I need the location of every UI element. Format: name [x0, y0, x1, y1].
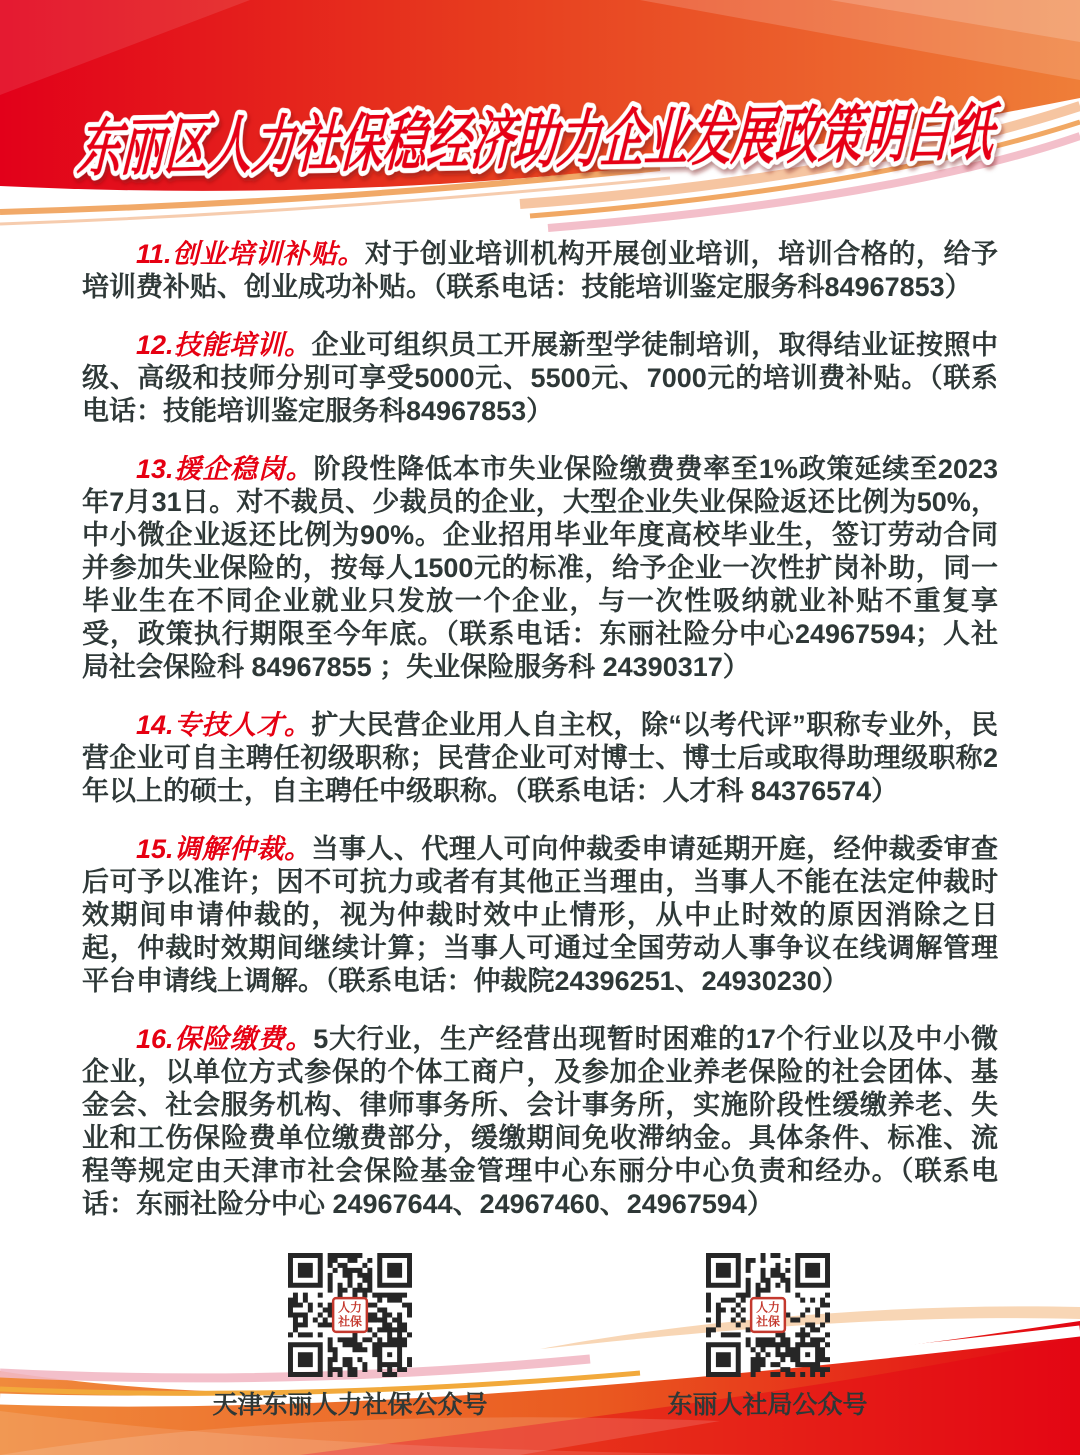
- svg-text:社保: 社保: [337, 1314, 362, 1328]
- qr-code-right: 人力社保: [706, 1253, 830, 1377]
- section-heading: 13.援企稳岗。: [136, 454, 314, 484]
- qr-block-left: 人力社保 天津东丽人力社保公众号: [212, 1253, 487, 1419]
- section-heading: 15.调解仲裁。: [136, 834, 311, 864]
- svg-text:人力: 人力: [338, 1301, 362, 1315]
- qr-row: 人力社保 天津东丽人力社保公众号 人力社保 东丽人社局公众号: [82, 1253, 998, 1419]
- header-banner: 东丽区人力社保稳经济助力企业发展政策明白纸: [0, 0, 1080, 240]
- qr-block-right: 人力社保 东丽人社局公众号: [668, 1253, 868, 1419]
- page-title: 东丽区人力社保稳经济助力企业发展政策明白纸: [75, 98, 1002, 184]
- svg-text:社保: 社保: [755, 1314, 780, 1328]
- policy-section: 14.专技人才。扩大民营企业用人自主权，除“以考代评”职称专业外，民营企业可自主…: [82, 709, 998, 808]
- policy-section: 13.援企稳岗。阶段性降低本市失业保险缴费费率至1%政策延续至2023年7月31…: [82, 453, 998, 684]
- qr-code-left: 人力社保: [288, 1253, 412, 1377]
- policy-section: 15.调解仲裁。当事人、代理人可向仲裁委申请延期开庭，经仲裁委审查后可予以准许；…: [82, 833, 998, 998]
- section-heading: 16.保险缴费。: [136, 1024, 313, 1054]
- content-area: 11.创业培训补贴。对于创业培训机构开展创业培训，培训合格的，给予培训费补贴、创…: [0, 238, 1080, 1419]
- header-banner-art: 东丽区人力社保稳经济助力企业发展政策明白纸: [0, 0, 1080, 240]
- section-heading: 12.技能培训。: [136, 330, 311, 360]
- qr-caption-right: 东丽人社局公众号: [668, 1391, 868, 1419]
- svg-text:人力: 人力: [756, 1301, 780, 1315]
- policy-section: 12.技能培训。企业可组织员工开展新型学徒制培训，取得结业证按照中级、高级和技师…: [82, 329, 998, 428]
- qr-caption-left: 天津东丽人力社保公众号: [212, 1391, 487, 1419]
- section-body: 阶段性降低本市失业保险缴费费率至1%政策延续至2023年7月31日。对不裁员、少…: [82, 454, 998, 682]
- section-heading: 11.创业培训补贴。: [136, 239, 365, 269]
- policy-section: 16.保险缴费。5大行业，生产经营出现暂时困难的17个行业以及中小微企业，以单位…: [82, 1023, 998, 1221]
- section-heading: 14.专技人才。: [136, 710, 311, 740]
- policy-section: 11.创业培训补贴。对于创业培训机构开展创业培训，培训合格的，给予培训费补贴、创…: [82, 238, 998, 304]
